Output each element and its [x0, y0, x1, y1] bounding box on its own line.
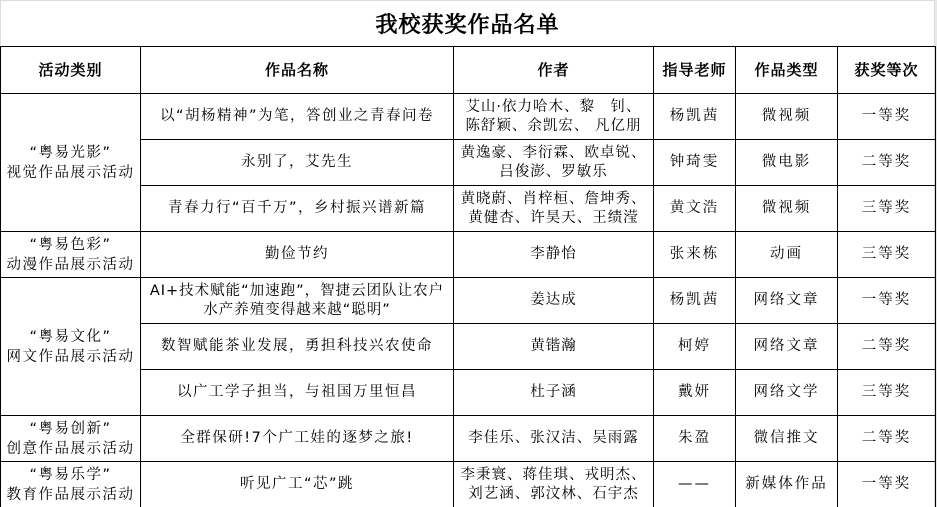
category-name: “粤易文化” — [5, 327, 136, 347]
table-row: 以广工学子担当，与祖国万里恒昌 杜子涵 戴妍 网络文学 三等奖 — [1, 370, 936, 416]
table-row: 数智赋能茶业发展，勇担科技兴农使命 黄锴瀚 柯婷 网络文章 二等奖 — [1, 324, 936, 370]
header-row: 活动类别 作品名称 作者 指导老师 作品类型 获奖等次 — [1, 47, 936, 94]
authors-line: 黄逸豪、李衍霖、欧卓锐、 — [458, 144, 649, 163]
authors-cell: 李佳乐、张汉洁、吴雨露 — [454, 416, 654, 462]
work-title: 永别了，艾先生 — [141, 140, 454, 186]
category-subtitle: 视觉作品展示活动 — [5, 163, 136, 183]
work-type: 网络文章 — [736, 278, 838, 324]
table-row: “粤易文化” 网文作品展示活动 AI+技术赋能“加速跑”，智捷云团队让农户 水产… — [1, 278, 936, 324]
category-cell: “粤易色彩” 动漫作品展示活动 — [1, 232, 141, 278]
award-level: 一等奖 — [838, 278, 936, 324]
work-type: 微视频 — [736, 186, 838, 232]
header-award: 获奖等次 — [838, 47, 936, 94]
category-name: “粤易乐学” — [5, 465, 136, 485]
advisor: 柯婷 — [654, 324, 736, 370]
authors-line: 刘艺涵、郭汶林、石宇杰 — [458, 485, 649, 504]
work-title-line: AI+技术赋能“加速跑”，智捷云团队让农户 — [145, 282, 449, 301]
advisor: 朱盈 — [654, 416, 736, 462]
authors-cell: 黄晓蔚、肖梓桓、詹坤秀、 黄健杏、许昊天、王绩滢 — [454, 186, 654, 232]
category-cell: “粤易创新” 创意作品展示活动 — [1, 416, 141, 462]
work-type: 网络文章 — [736, 324, 838, 370]
work-type: 微信推文 — [736, 416, 838, 462]
advisor: 张来栋 — [654, 232, 736, 278]
award-level: 二等奖 — [838, 324, 936, 370]
authors-cell: 黄锴瀚 — [454, 324, 654, 370]
work-type: 动画 — [736, 232, 838, 278]
authors-cell: 李秉寰、蒋佳琪、戎明杰、 刘艺涵、郭汶林、石宇杰 — [454, 462, 654, 507]
header-type: 作品类型 — [736, 47, 838, 94]
authors-cell: 李静怡 — [454, 232, 654, 278]
advisor: 杨凯茜 — [654, 278, 736, 324]
table-row: “粤易光影” 视觉作品展示活动 以“胡杨精神”为笔，答创业之青春问卷 艾山·依力… — [1, 94, 936, 140]
work-title: AI+技术赋能“加速跑”，智捷云团队让农户 水产养殖变得越来越“聪明” — [141, 278, 454, 324]
authors-cell: 黄逸豪、李衍霖、欧卓锐、 吕俊澎、罗敏乐 — [454, 140, 654, 186]
work-title: 全群保研!7个广工娃的逐梦之旅! — [141, 416, 454, 462]
authors-line: 吕俊澎、罗敏乐 — [458, 163, 649, 182]
work-title: 以“胡杨精神”为笔，答创业之青春问卷 — [141, 94, 454, 140]
authors-cell: 艾山·依力哈木、黎 钊、 陈舒颖、余凯宏、 凡亿朋 — [454, 94, 654, 140]
authors-line: 黄晓蔚、肖梓桓、詹坤秀、 — [458, 190, 649, 209]
table-row: “粤易色彩” 动漫作品展示活动 勤俭节约 李静怡 张来栋 动画 三等奖 — [1, 232, 936, 278]
category-name: “粤易色彩” — [5, 235, 136, 255]
work-type: 微视频 — [736, 94, 838, 140]
authors-cell: 姜达成 — [454, 278, 654, 324]
authors-line: 黄健杏、许昊天、王绩滢 — [458, 209, 649, 228]
work-type: 网络文学 — [736, 370, 838, 416]
table-row: 青春力行“百千万”，乡村振兴谱新篇 黄晓蔚、肖梓桓、詹坤秀、 黄健杏、许昊天、王… — [1, 186, 936, 232]
header-category: 活动类别 — [1, 47, 141, 94]
work-title: 青春力行“百千万”，乡村振兴谱新篇 — [141, 186, 454, 232]
category-subtitle: 教育作品展示活动 — [5, 485, 136, 505]
awards-table: 活动类别 作品名称 作者 指导老师 作品类型 获奖等次 “粤易光影” 视觉作品展… — [0, 46, 936, 507]
advisor: 黄文浩 — [654, 186, 736, 232]
table-row: 永别了，艾先生 黄逸豪、李衍霖、欧卓锐、 吕俊澎、罗敏乐 钟琦雯 微电影 二等奖 — [1, 140, 936, 186]
award-level: 二等奖 — [838, 416, 936, 462]
award-level: 三等奖 — [838, 232, 936, 278]
header-work: 作品名称 — [141, 47, 454, 94]
advisor: 戴妍 — [654, 370, 736, 416]
advisor: —— — [654, 462, 736, 507]
advisor: 钟琦雯 — [654, 140, 736, 186]
page-title: 我校获奖作品名单 — [0, 0, 935, 46]
award-level: 一等奖 — [838, 462, 936, 507]
work-title: 勤俭节约 — [141, 232, 454, 278]
category-name: “粤易光影” — [5, 143, 136, 163]
work-title-line: 水产养殖变得越来越“聪明” — [145, 301, 449, 320]
authors-line: 李秉寰、蒋佳琪、戎明杰、 — [458, 466, 649, 485]
category-subtitle: 动漫作品展示活动 — [5, 255, 136, 275]
award-level: 一等奖 — [838, 94, 936, 140]
work-type: 微电影 — [736, 140, 838, 186]
award-level: 三等奖 — [838, 186, 936, 232]
header-authors: 作者 — [454, 47, 654, 94]
table-row: “粤易乐学” 教育作品展示活动 听见广工“芯”跳 李秉寰、蒋佳琪、戎明杰、 刘艺… — [1, 462, 936, 507]
work-title: 听见广工“芯”跳 — [141, 462, 454, 507]
authors-cell: 杜子涵 — [454, 370, 654, 416]
award-level: 二等奖 — [838, 140, 936, 186]
award-level: 三等奖 — [838, 370, 936, 416]
category-cell: “粤易文化” 网文作品展示活动 — [1, 278, 141, 416]
table-row: “粤易创新” 创意作品展示活动 全群保研!7个广工娃的逐梦之旅! 李佳乐、张汉洁… — [1, 416, 936, 462]
work-title: 数智赋能茶业发展，勇担科技兴农使命 — [141, 324, 454, 370]
advisor: 杨凯茜 — [654, 94, 736, 140]
work-type: 新媒体作品 — [736, 462, 838, 507]
authors-line: 艾山·依力哈木、黎 钊、 — [458, 98, 649, 117]
category-subtitle: 网文作品展示活动 — [5, 347, 136, 367]
category-name: “粤易创新” — [5, 419, 136, 439]
header-advisor: 指导老师 — [654, 47, 736, 94]
category-cell: “粤易光影” 视觉作品展示活动 — [1, 94, 141, 232]
category-subtitle: 创意作品展示活动 — [5, 439, 136, 459]
authors-line: 陈舒颖、余凯宏、 凡亿朋 — [458, 117, 649, 136]
category-cell: “粤易乐学” 教育作品展示活动 — [1, 462, 141, 507]
work-title: 以广工学子担当，与祖国万里恒昌 — [141, 370, 454, 416]
